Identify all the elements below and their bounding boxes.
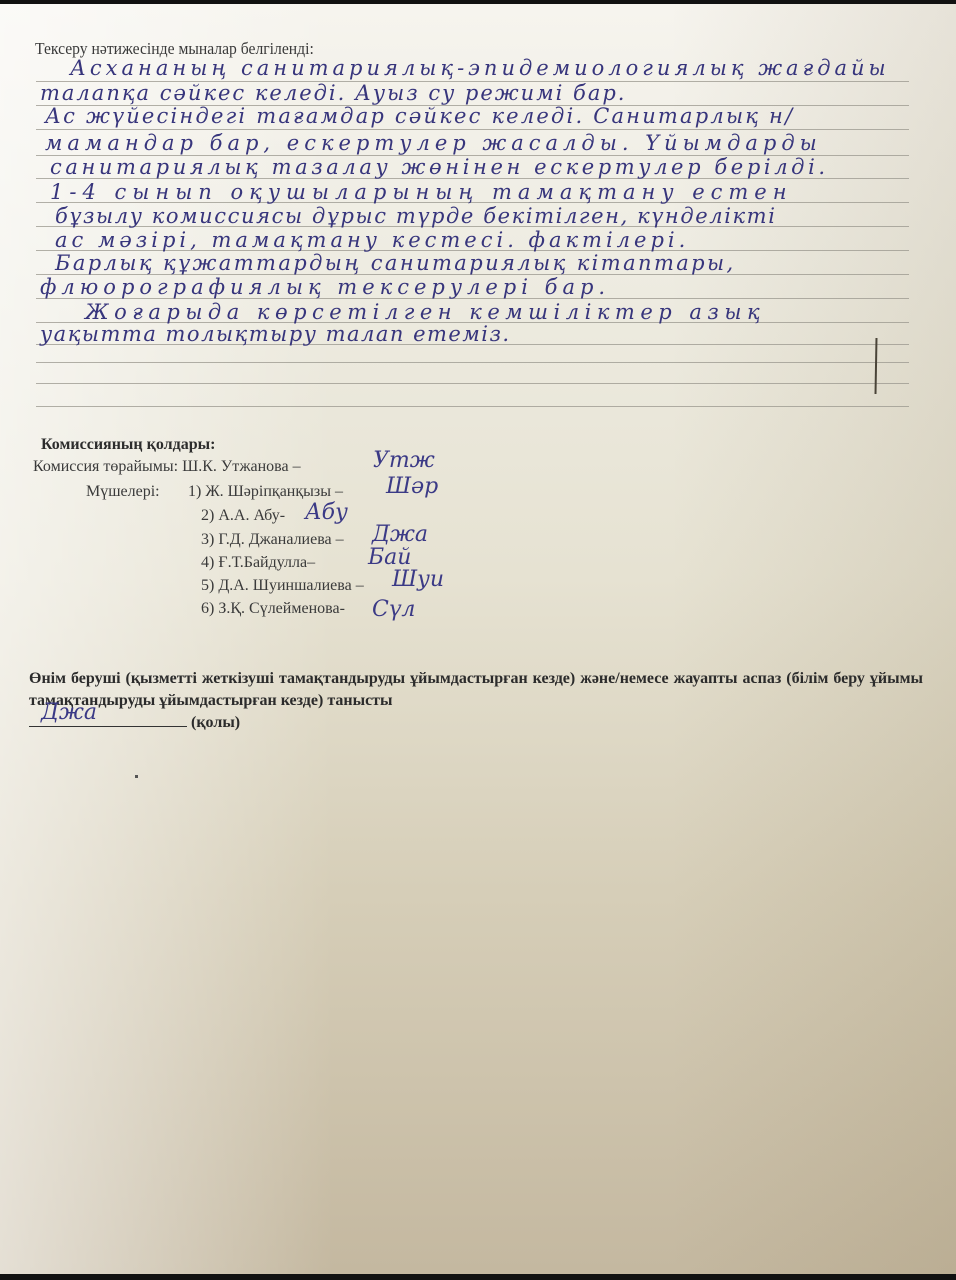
handwritten-line: Жоғарыда көрсетілген кемшіліктер азық <box>85 300 765 324</box>
handwritten-line: уақытта толықтыру талап етеміз. <box>40 322 511 346</box>
members-label: Мүшелері: <box>86 483 160 501</box>
member-line: 4) Ғ.Т.Байдулла– <box>201 554 315 572</box>
acknowledgement-paragraph: Өнім беруші (қызметті жеткізуші тамақтан… <box>29 668 923 734</box>
member-line: 6) З.Қ. Сүлейменова- <box>201 600 345 618</box>
member-signature: Сүл <box>372 597 415 622</box>
member-signature: Джа <box>372 522 428 547</box>
document-page: Тексеру нәтижесінде мыналар белгіленді: … <box>0 4 956 1274</box>
chair-label: Комиссия төрайымы: Ш.К. Утжанова – <box>33 458 301 476</box>
handwritten-line: талапқа сәйкес келеді. Ауыз су режимі ба… <box>40 81 626 105</box>
photo-border <box>0 1274 956 1280</box>
ruled-line <box>36 129 909 130</box>
handwritten-line: флюорографиялық тексерулері бар. <box>40 275 610 299</box>
signature-suffix: (қолы) <box>191 714 240 731</box>
member-signature: Шуи <box>392 567 444 592</box>
chair-signature: Утж <box>373 448 435 473</box>
handwritten-line: 1-4 сынып оқушыларының тамақтану естен <box>50 180 793 204</box>
ruled-line <box>36 383 909 384</box>
member-line: 3) Г.Д. Джаналиева – <box>201 531 344 549</box>
margin-mark <box>875 338 878 394</box>
handwritten-line: бұзылу комиссиясы дұрыс түрде бекітілген… <box>55 204 777 228</box>
acknowledgement-signature: Джа <box>41 702 97 724</box>
handwritten-line: ас мәзірі, тамақтану кестесі. фактілері. <box>55 228 689 252</box>
handwritten-line: Барлық құжаттардың санитариялық кітаптар… <box>55 251 736 275</box>
handwritten-line: Асхананың санитариялық-эпидемиологиялық … <box>70 56 890 80</box>
acknowledgement-text: Өнім беруші (қызметті жеткізуші тамақтан… <box>29 670 923 709</box>
member-line: 2) А.А. Абу- <box>201 507 285 525</box>
member-signature: Абу <box>305 500 348 525</box>
member-line: 1) Ж. Шәріпқанқызы – <box>188 483 343 501</box>
handwritten-line: мамандар бар, ескертулер жасалды. Үйымда… <box>45 131 822 155</box>
commission-signatures-title: Комиссияның қолдары: <box>41 436 215 454</box>
signature-line: Джа <box>29 712 187 727</box>
ruled-line <box>36 406 909 407</box>
member-line: 5) Д.А. Шуиншалиева – <box>201 577 364 595</box>
handwritten-line: санитариялық тазалау жөнінен ескертулер … <box>50 155 829 179</box>
handwritten-line: Ас жүйесіндегі тағамдар сәйкес келеді. С… <box>45 104 794 128</box>
ink-dot <box>135 775 138 778</box>
member-signature: Шәр <box>386 474 438 499</box>
ruled-line <box>36 362 909 363</box>
